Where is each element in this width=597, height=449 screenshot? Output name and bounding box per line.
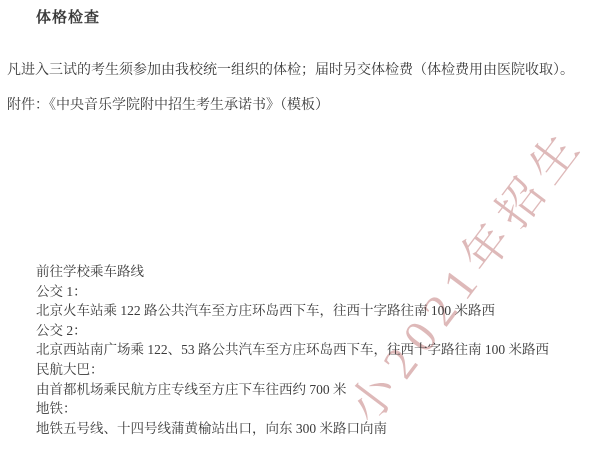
- paragraph-attachment: 附件：《中央音乐学院附中招生考生承诺书》（模板）: [7, 94, 329, 114]
- directions-heading: 前往学校乘车路线: [36, 262, 549, 282]
- bus-route-2-detail: 北京西站南广场乘 122、53 路公共汽车至方庄环岛西下车，往西十字路往南 10…: [36, 340, 549, 360]
- subway-label: 地铁：: [36, 399, 549, 419]
- subway-detail: 地铁五号线、十四号线蒲黄榆站出口，向东 300 米路口向南: [36, 419, 549, 439]
- page: 小2021年招生 体格检查 凡进入三试的考生须参加由我校统一组织的体检；届时另交…: [0, 0, 597, 449]
- document-page: { "doc": { "title": "体格检查", "paragraphs"…: [0, 0, 597, 449]
- paragraph-exam-notice: 凡进入三试的考生须参加由我校统一组织的体检；届时另交体检费（体检费用由医院收取）…: [7, 59, 574, 79]
- bus-route-1-detail: 北京火车站乘 122 路公共汽车至方庄环岛西下车，往西十字路往南 100 米路西: [36, 301, 549, 321]
- bus-route-2-label: 公交 2：: [36, 321, 549, 341]
- page-title: 体格检查: [36, 6, 100, 27]
- airport-shuttle-label: 民航大巴：: [36, 360, 549, 380]
- bus-route-1-label: 公交 1：: [36, 282, 549, 302]
- directions-section: 前往学校乘车路线 公交 1： 北京火车站乘 122 路公共汽车至方庄环岛西下车，…: [36, 262, 549, 438]
- airport-shuttle-detail: 由首都机场乘民航方庄专线至方庄下车往西约 700 米: [36, 380, 549, 400]
